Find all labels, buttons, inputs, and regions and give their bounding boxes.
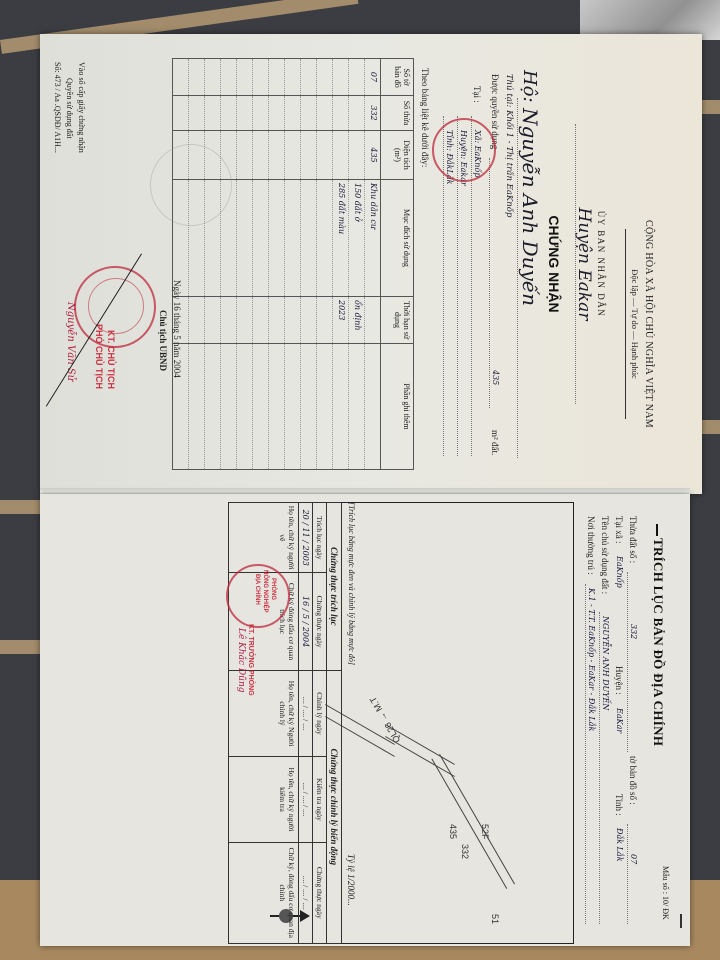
right-line: [489, 158, 490, 408]
table-header: Số tờ bản đồ Số thửa Diện tích (m²) Mục …: [381, 59, 414, 470]
owner-label: Tên chủ sử dụng đất :: [600, 516, 610, 594]
cell: Khu dân cư: [365, 180, 381, 297]
stamp-text-3: ĐỊA CHÍNH: [254, 574, 260, 605]
signer-name: Nguyễn Văn Sử: [65, 302, 76, 381]
cell: [333, 131, 349, 180]
cc-date: 20 / 11 / 2003: [299, 503, 313, 573]
cell: [349, 344, 365, 470]
cell: [349, 96, 365, 131]
red-seal: [432, 118, 496, 182]
signer-title: Chủ tịch UBND: [158, 310, 168, 371]
title-mark: [656, 524, 658, 536]
fabric-stripe: [0, 640, 40, 654]
province-label: Tỉnh :: [614, 794, 624, 816]
cell: [349, 131, 365, 180]
map-sheet-line: [627, 824, 628, 924]
col-notes: Phần ghi thêm: [381, 344, 414, 470]
cell: 435: [365, 131, 381, 180]
cc-signer: Họ tên, chữ ký người kiểm tra: [229, 757, 299, 842]
residence-line: [585, 584, 586, 924]
certificate-content: CỘNG HÒA XÃ HỘI CHỦ NGHĨA VIỆT NAM Độc l…: [40, 34, 702, 494]
location-label: Tại :: [472, 86, 482, 103]
stamp-text-2: NÔNG NGHIỆP: [262, 570, 268, 613]
owner-value: NGUYỄN ANH DUYẾN: [601, 616, 610, 710]
residence-value: K.1 - T.T. EaKnốp - EaKar - Đắk Lắk: [587, 588, 596, 731]
cc-header: Trích lục ngày: [313, 503, 327, 573]
commune-label: Tại xã :: [614, 516, 624, 544]
area-unit: m² đất.: [490, 430, 500, 455]
map-label-52f: 52F: [480, 824, 490, 840]
cell: ổn định: [349, 297, 365, 344]
cell: [333, 59, 349, 96]
owner-address: Thú tại: Khối 1 - Thị trấn EaKnốp: [504, 74, 514, 217]
residence-label: Nơi thường trú :: [586, 516, 596, 575]
cc-header: Chỉnh lý ngày: [313, 670, 327, 757]
section-right-title: Chứng thực chỉnh lý biến động: [327, 670, 342, 943]
col-plot: Số thửa: [381, 96, 414, 131]
cell: [349, 59, 365, 96]
deputy-name: Lê Khắc Dũng: [236, 628, 246, 693]
plot-label: Thửa đất số :: [628, 516, 638, 563]
col-purpose: Mục đích sử dụng: [381, 180, 414, 297]
registry-label: Vào sổ cấp giấy chứng nhận: [77, 62, 86, 153]
cell: [365, 344, 381, 470]
cell: [333, 344, 349, 470]
owner-label: Hộ:: [519, 70, 540, 103]
map-sheet-value: 07: [629, 854, 638, 864]
district-name: Huyện Eakar: [574, 34, 594, 494]
area-value: 435: [491, 370, 500, 385]
cc-header: Chứng thực ngày: [313, 573, 327, 670]
owner-name: Nguyễn Anh Duyến: [518, 108, 542, 306]
cell: 285 đất màu: [333, 180, 349, 297]
land-table: Số tờ bản đồ Số thửa Diện tích (m²) Mục …: [172, 58, 414, 470]
list-note: Theo bảng liệt kê dưới đây:: [420, 68, 430, 167]
cc-date: .... / .... / ....: [299, 842, 313, 943]
cc-signer: Chữ ký, đóng dấu cơ quan địa chính: [229, 842, 299, 943]
district-value: EaKar: [615, 708, 624, 733]
map-label-51: 51: [490, 914, 500, 924]
stamp-pho-chu-tich: PHÓ CHỦ TỊCH: [94, 324, 104, 389]
divider: [625, 229, 626, 419]
registry-sub: Quyền sử dụng đất: [65, 78, 74, 139]
plot-value: 332: [629, 624, 638, 639]
table-row: 150 đất ở ổn định: [349, 59, 365, 470]
province-value: Đắk Lắk: [615, 828, 624, 862]
cell: 2023: [333, 297, 349, 344]
deputy-title: KT. TRƯỞNG PHÒNG: [247, 624, 254, 696]
col-term: Thời hạn sử dụng: [381, 297, 414, 344]
cell: [365, 297, 381, 344]
commune-value: EaKnốp: [615, 556, 624, 588]
ink-note: [Trích lục bằng mực đen và chỉnh lý bằng…: [347, 502, 356, 665]
cell: 332: [365, 96, 381, 131]
district-label: Huyện :: [614, 666, 624, 695]
national-motto: Độc lập — Tự do — Hạnh phúc: [630, 144, 640, 504]
map-sheet-label: tờ bản đồ số :: [628, 756, 638, 805]
cc-signer: Họ tên, chữ ký người vẽ: [229, 503, 299, 573]
plot-line: [627, 572, 628, 752]
stamp-kt-chu-tich: KT. CHỦ TỊCH: [106, 330, 116, 389]
issue-date: Ngày 16 tháng 5 năm 2004: [172, 280, 182, 378]
registry-number: Số: 473 / Aa .QSDĐ/ A1H...: [53, 62, 62, 153]
scale-label: Tỷ lệ 1/2000...: [346, 854, 356, 906]
col-map-sheet: Số tờ bản đồ: [381, 59, 414, 96]
cell: 150 đất ở: [349, 180, 365, 297]
cc-date: 16 / 5 / 2004: [299, 573, 313, 670]
doc-title: CHỨNG NHẬN: [546, 34, 562, 494]
cc-header: Chứng thực ngày: [313, 842, 327, 943]
cell: [333, 96, 349, 131]
cadastral-content: Mẫu số : 10/ ĐK TRÍCH LỤC BẢN ĐỒ ĐỊA CHÍ…: [40, 494, 690, 946]
table-row: 07 332 435 Khu dân cư: [365, 59, 381, 470]
owner-line: [517, 98, 518, 458]
map-label-332: 332: [460, 844, 470, 859]
cell: 07: [365, 59, 381, 96]
national-title: CỘNG HÒA XÃ HỘI CHỦ NGHĨA VIỆT NAM: [643, 144, 654, 504]
embossed-seal: [150, 144, 232, 226]
fabric-stripe: [0, 500, 40, 514]
corner-mark: [680, 914, 682, 928]
col-area: Diện tích (m²): [381, 131, 414, 180]
map-label-435: 435: [448, 824, 458, 839]
form-number: Mẫu số : 10/ ĐK: [661, 866, 670, 920]
section-left-title: Chứng thực trích lục: [327, 503, 342, 671]
cc-date: .... / .... / ....: [299, 670, 313, 757]
cc-date: .... / .... / ....: [299, 757, 313, 842]
owner-line: [599, 612, 600, 924]
committee-title: ỦY BAN NHÂN DÂN: [596, 34, 606, 494]
stamp-text-1: PHÒNG: [270, 578, 276, 600]
table-row: 285 đất màu 2023: [333, 59, 349, 470]
extract-title: TRÍCH LỤC BẢN ĐỒ ĐỊA CHÍNH: [650, 538, 666, 746]
cc-header: Kiểm tra ngày: [313, 757, 327, 842]
